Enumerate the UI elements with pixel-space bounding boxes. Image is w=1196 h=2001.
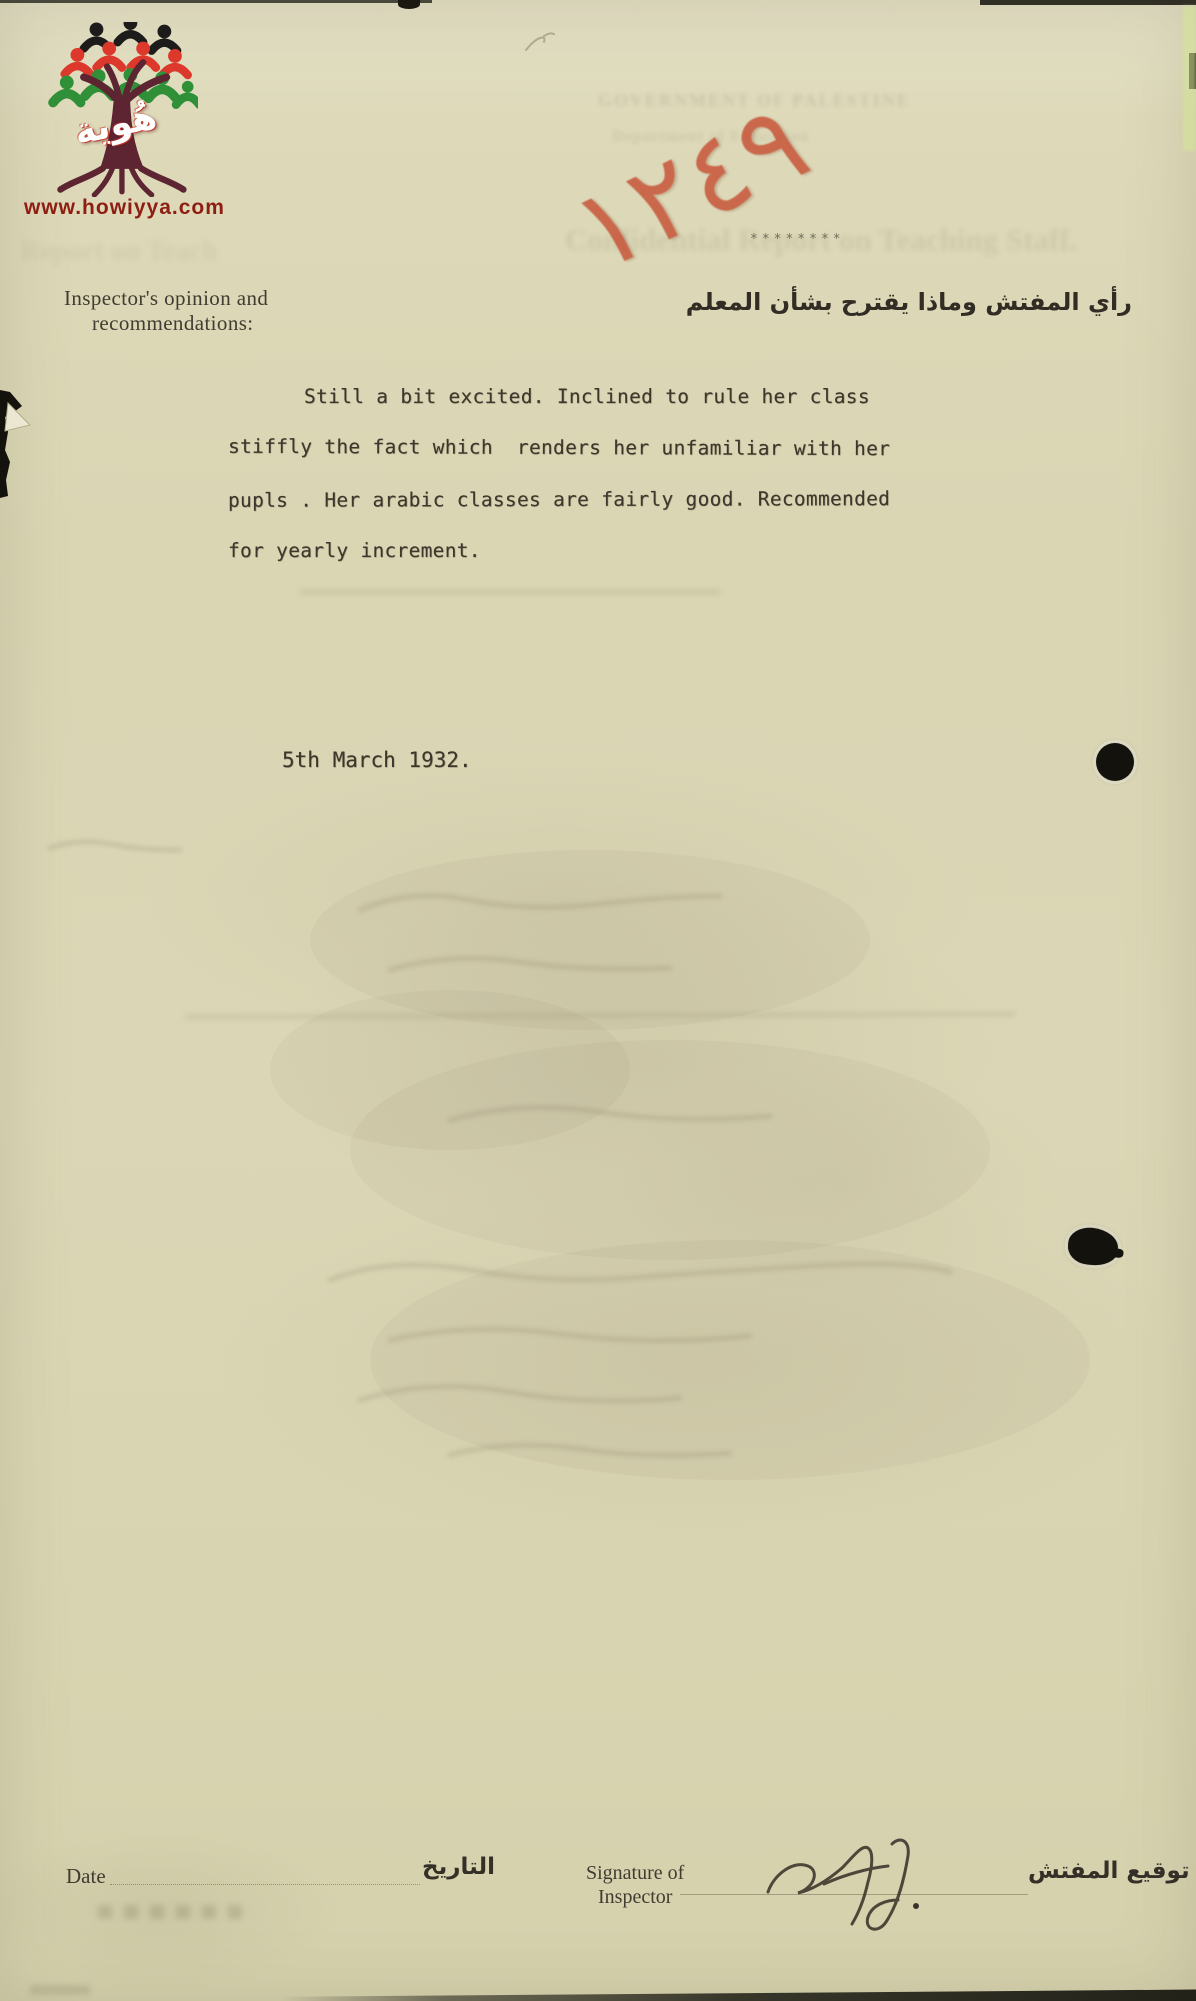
ink-smear: [300, 590, 720, 594]
date-label-arabic: التاريخ: [422, 1854, 495, 1880]
scan-top-edge-bump: [398, 0, 420, 9]
opinion-text-line: Still a bit excited. Inclined to rule he…: [304, 385, 870, 408]
bleedthrough-scribbles: [30, 820, 1170, 1500]
signature-label-line1: Signature of: [586, 1862, 684, 1885]
ghost-title-left-fragment: Report on Teach: [20, 236, 218, 268]
opinion-text-line: stiffly the fact which renders her unfam…: [228, 435, 890, 460]
scan-bottom-edge: [280, 1987, 1196, 2001]
opinion-text-line: for yearly increment.: [228, 539, 481, 562]
watermark-site-text: www.howiyya.com: [24, 196, 224, 220]
torn-left-edge: [0, 390, 34, 500]
scan-right-edge-green-band: [1183, 6, 1196, 151]
signature-label-line2: Inspector: [598, 1886, 672, 1909]
red-archive-number: ١٢٤٩: [554, 0, 1006, 298]
watermark-logo: هُوية www.howiyya.com: [30, 14, 220, 224]
opinion-label-arabic: رأي المفتش وماذا يقترح بشأن المعلم: [686, 288, 1132, 316]
inspector-signature: [758, 1830, 1028, 1950]
date-label: Date: [66, 1864, 106, 1889]
date-fill-line: [110, 1862, 420, 1885]
bleed-mark-footer: [98, 1905, 248, 1919]
inspectors-opinion-label-line2: recommendations:: [92, 311, 254, 336]
asterisk-row: ********: [750, 232, 845, 247]
tiny-pencil-mark: [520, 28, 560, 58]
scan-top-edge-right: [980, 0, 1196, 5]
opinion-text-line: pupls . Her arabic classes are fairly go…: [228, 487, 890, 512]
scanned-document-page: هُوية www.howiyya.com GOVERNMENT OF PALE…: [0, 0, 1196, 2001]
typed-date: 5th March 1932.: [282, 748, 472, 772]
logo-people-black: [84, 22, 177, 51]
signature-label-arabic: توقيع المفتش: [1028, 1858, 1190, 1884]
scan-top-edge-left: [0, 0, 432, 3]
inspectors-opinion-label-line1: Inspector's opinion and: [64, 286, 268, 311]
scan-bottom-left-mark: [30, 1985, 90, 1995]
hole-punch-top: [1096, 743, 1134, 781]
